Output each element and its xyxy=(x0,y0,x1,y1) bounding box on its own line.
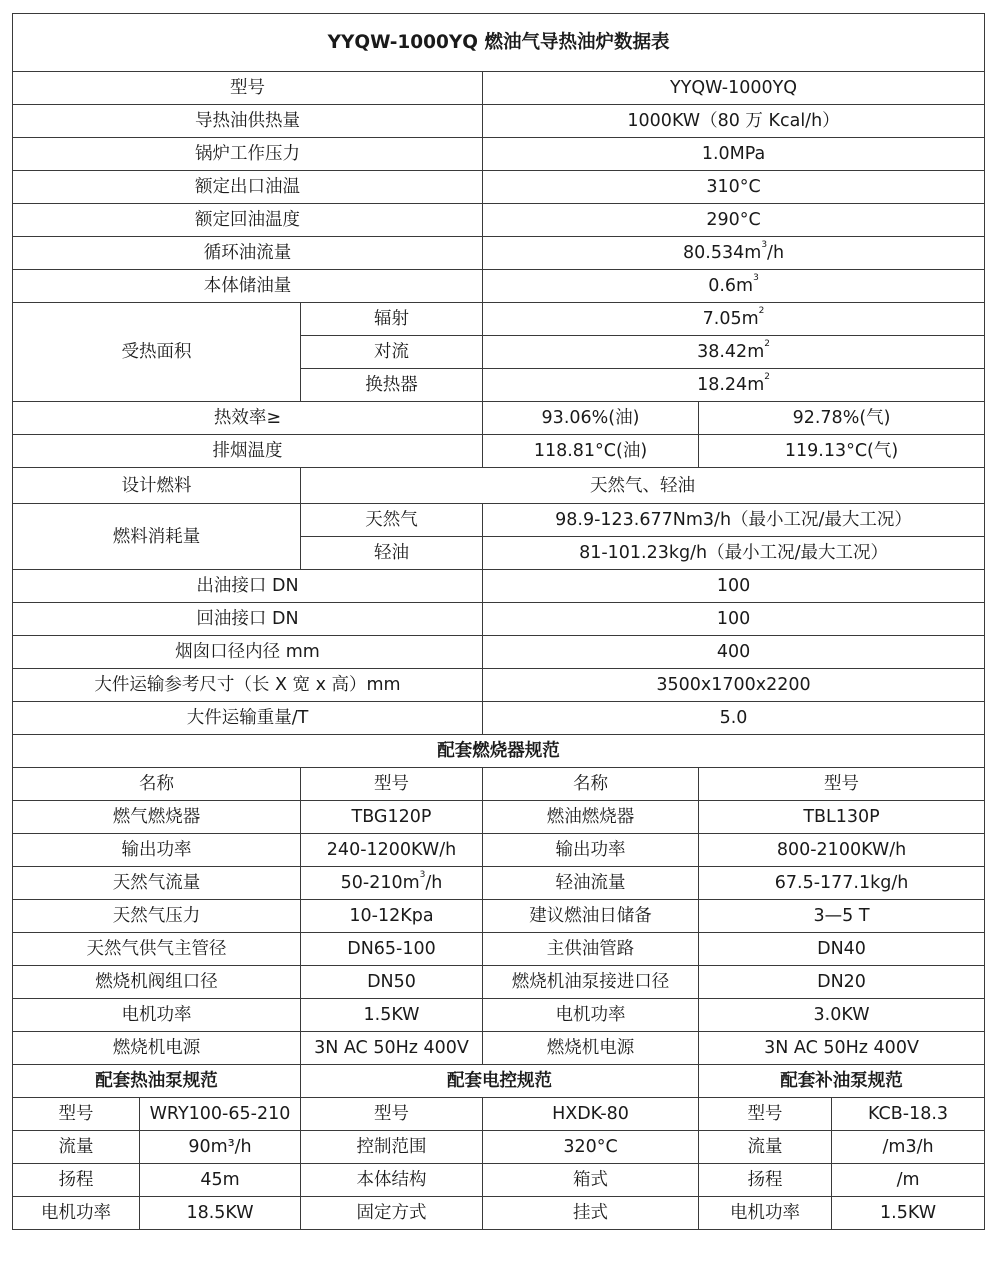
bottom-cell: 本体结构 xyxy=(301,1164,483,1197)
row-value: 1.0MPa xyxy=(483,138,985,171)
bottom-cell: 流量 xyxy=(699,1131,832,1164)
row-value: 100 xyxy=(483,570,985,603)
hot-oil-pump-section-title: 配套热油泵规范 xyxy=(13,1065,301,1098)
row-value: YYQW-1000YQ xyxy=(483,72,985,105)
sub-value: 98.9-123.677Nm3/h（最小工况/最大工况） xyxy=(483,504,985,537)
efficiency-label: 热效率≥ xyxy=(13,402,483,435)
heating-area-label: 受热面积 xyxy=(13,303,301,402)
bottom-cell: 挂式 xyxy=(483,1197,699,1230)
bottom-cell: /m3/h xyxy=(832,1131,985,1164)
burner-cell: 天然气压力 xyxy=(13,900,301,933)
burner-header: 型号 xyxy=(301,768,483,801)
row-label: 出油接口 DN xyxy=(13,570,483,603)
bottom-cell: 扬程 xyxy=(699,1164,832,1197)
row-label: 型号 xyxy=(13,72,483,105)
row-label: 大件运输重量/T xyxy=(13,702,483,735)
burner-cell: 燃油燃烧器 xyxy=(483,801,699,834)
burner-cell: 电机功率 xyxy=(13,999,301,1032)
row-value: 80.534m3/h xyxy=(483,237,985,270)
row-value: 290°C xyxy=(483,204,985,237)
burner-cell: 3N AC 50Hz 400V xyxy=(699,1032,985,1065)
burner-cell: TBL130P xyxy=(699,801,985,834)
sub-label: 辐射 xyxy=(301,303,483,336)
row-label: 回油接口 DN xyxy=(13,603,483,636)
burner-cell: DN40 xyxy=(699,933,985,966)
row-value: 0.6m3 xyxy=(483,270,985,303)
row-label: 烟囱口径内径 mm xyxy=(13,636,483,669)
bottom-cell: WRY100-65-210 xyxy=(140,1098,301,1131)
burner-cell: 50-210m3/h xyxy=(301,867,483,900)
bottom-cell: 320°C xyxy=(483,1131,699,1164)
row-value: 5.0 xyxy=(483,702,985,735)
bottom-cell: 箱式 xyxy=(483,1164,699,1197)
bottom-cell: 1.5KW xyxy=(832,1197,985,1230)
burner-cell: 10-12Kpa xyxy=(301,900,483,933)
bottom-cell: 型号 xyxy=(13,1098,140,1131)
burner-cell: 1.5KW xyxy=(301,999,483,1032)
sub-value: 81-101.23kg/h（最小工况/最大工况） xyxy=(483,537,985,570)
burner-cell: 燃气燃烧器 xyxy=(13,801,301,834)
burner-cell: 主供油管路 xyxy=(483,933,699,966)
bottom-cell: 45m xyxy=(140,1164,301,1197)
burner-cell: 天然气流量 xyxy=(13,867,301,900)
bottom-cell: /m xyxy=(832,1164,985,1197)
burner-cell: TBG120P xyxy=(301,801,483,834)
row-label: 锅炉工作压力 xyxy=(13,138,483,171)
burner-cell: 轻油流量 xyxy=(483,867,699,900)
burner-cell: 240-1200KW/h xyxy=(301,834,483,867)
bottom-cell: 18.5KW xyxy=(140,1197,301,1230)
burner-cell: 燃烧机油泵接进口径 xyxy=(483,966,699,999)
burner-cell: DN65-100 xyxy=(301,933,483,966)
burner-cell: 3.0KW xyxy=(699,999,985,1032)
burner-cell: 输出功率 xyxy=(483,834,699,867)
row-value: 1000KW（80 万 Kcal/h） xyxy=(483,105,985,138)
row-label: 额定回油温度 xyxy=(13,204,483,237)
boiler-data-table: YYQW-1000YQ 燃油气导热油炉数据表 型号YYQW-1000YQ 导热油… xyxy=(12,13,985,1230)
row-label: 循环油流量 xyxy=(13,237,483,270)
sub-value: 7.05m2 xyxy=(483,303,985,336)
sub-value: 38.42m2 xyxy=(483,336,985,369)
row-label: 本体储油量 xyxy=(13,270,483,303)
burner-cell: 输出功率 xyxy=(13,834,301,867)
burner-cell: 3—5 T xyxy=(699,900,985,933)
burner-header: 名称 xyxy=(13,768,301,801)
burner-header: 名称 xyxy=(483,768,699,801)
burner-cell: 燃烧机阀组口径 xyxy=(13,966,301,999)
sub-label: 天然气 xyxy=(301,504,483,537)
bottom-cell: KCB-18.3 xyxy=(832,1098,985,1131)
burner-cell: 800-2100KW/h xyxy=(699,834,985,867)
sub-label: 轻油 xyxy=(301,537,483,570)
electric-control-section-title: 配套电控规范 xyxy=(301,1065,699,1098)
exhaust-oil: 118.81°C(油) xyxy=(483,435,699,468)
exhaust-gas: 119.13°C(气) xyxy=(699,435,985,468)
burner-cell: 3N AC 50Hz 400V xyxy=(301,1032,483,1065)
bottom-cell: 电机功率 xyxy=(13,1197,140,1230)
burner-cell: 天然气供气主管径 xyxy=(13,933,301,966)
bottom-cell: 流量 xyxy=(13,1131,140,1164)
table-title: YYQW-1000YQ 燃油气导热油炉数据表 xyxy=(13,14,985,72)
sub-value: 18.24m2 xyxy=(483,369,985,402)
burner-cell: 燃烧机电源 xyxy=(483,1032,699,1065)
efficiency-gas: 92.78%(气) xyxy=(699,402,985,435)
bottom-cell: 型号 xyxy=(301,1098,483,1131)
bottom-cell: 电机功率 xyxy=(699,1197,832,1230)
efficiency-oil: 93.06%(油) xyxy=(483,402,699,435)
bottom-cell: HXDK-80 xyxy=(483,1098,699,1131)
burner-header: 型号 xyxy=(699,768,985,801)
burner-cell: DN20 xyxy=(699,966,985,999)
bottom-cell: 90m³/h xyxy=(140,1131,301,1164)
exhaust-label: 排烟温度 xyxy=(13,435,483,468)
design-fuel-value: 天然气、轻油 xyxy=(301,468,985,504)
row-value: 310°C xyxy=(483,171,985,204)
row-label: 额定出口油温 xyxy=(13,171,483,204)
burner-cell: 电机功率 xyxy=(483,999,699,1032)
row-label: 大件运输参考尺寸（长 X 宽 x 高）mm xyxy=(13,669,483,702)
burner-cell: 燃烧机电源 xyxy=(13,1032,301,1065)
row-value: 3500x1700x2200 xyxy=(483,669,985,702)
fuel-consumption-label: 燃料消耗量 xyxy=(13,504,301,570)
bottom-cell: 固定方式 xyxy=(301,1197,483,1230)
bottom-cell: 控制范围 xyxy=(301,1131,483,1164)
burner-section-title: 配套燃烧器规范 xyxy=(13,735,985,768)
row-value: 400 xyxy=(483,636,985,669)
burner-cell: 建议燃油日储备 xyxy=(483,900,699,933)
refill-pump-section-title: 配套补油泵规范 xyxy=(699,1065,985,1098)
sub-label: 换热器 xyxy=(301,369,483,402)
row-value: 100 xyxy=(483,603,985,636)
row-label: 导热油供热量 xyxy=(13,105,483,138)
bottom-cell: 扬程 xyxy=(13,1164,140,1197)
design-fuel-label: 设计燃料 xyxy=(13,468,301,504)
burner-cell: 67.5-177.1kg/h xyxy=(699,867,985,900)
bottom-cell: 型号 xyxy=(699,1098,832,1131)
sub-label: 对流 xyxy=(301,336,483,369)
burner-cell: DN50 xyxy=(301,966,483,999)
